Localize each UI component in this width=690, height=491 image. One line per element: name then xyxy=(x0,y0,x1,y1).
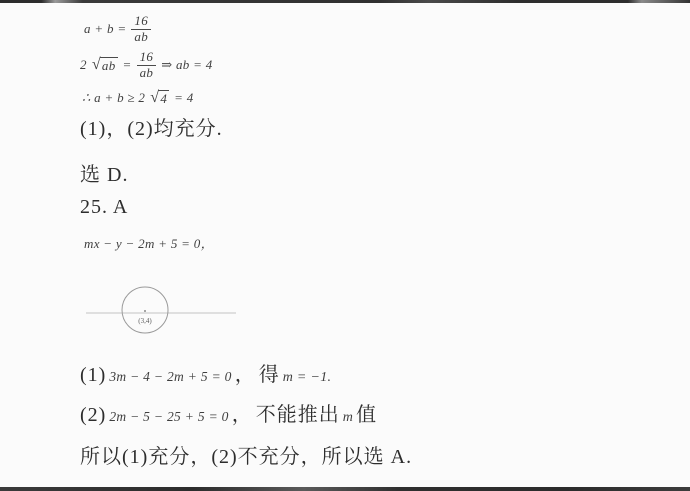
step-2-phrase: 不能推出 xyxy=(256,398,340,427)
square-root: √ 4 xyxy=(150,90,169,107)
scan-edge-top xyxy=(0,0,690,3)
equation-2-sqrt-ab: 2 √ ab = 16 ab ⇒ ab = 4 xyxy=(80,50,213,81)
step-2-variable: m xyxy=(343,410,353,426)
radicand: ab xyxy=(100,57,118,74)
circle-line-diagram: (3,4) xyxy=(86,272,236,352)
problem-25-heading: 25. A xyxy=(80,196,128,219)
step-2-label: (2) xyxy=(80,404,106,427)
step-1-equation: 3m − 4 − 2m + 5 = 0 xyxy=(109,369,231,385)
inequality-lhs: ∴ a + b ≥ 2 xyxy=(82,90,145,106)
diagram-canvas: (3,4) xyxy=(86,272,236,352)
step-2-comma: ， xyxy=(232,398,253,427)
coefficient: 2 xyxy=(80,57,87,73)
fraction-16-over-ab-2: 16 ab xyxy=(137,50,157,81)
fraction-denominator: ab xyxy=(131,29,151,45)
fraction-16-over-ab: 16 ab xyxy=(131,14,151,45)
step-1-label: (1) xyxy=(80,364,106,387)
equation-therefore: ∴ a + b ≥ 2 √ 4 = 4 xyxy=(82,90,194,107)
scanned-answer-page: a + b = 16 ab 2 √ ab = 16 ab ⇒ ab = 4 ∴ … xyxy=(0,0,690,491)
step-1-comma: ， xyxy=(235,358,256,387)
radicand: 4 xyxy=(158,90,169,107)
conclusion-both-sufficient: (1)，(2)均充分. xyxy=(80,112,223,141)
center-label: (3,4) xyxy=(138,317,152,325)
step-1-result: m = −1. xyxy=(283,370,332,386)
step-1-connective: 得 xyxy=(259,358,280,387)
line-equation: mx − y − 2m + 5 = 0， xyxy=(84,233,214,252)
fraction-denominator: ab xyxy=(137,65,157,81)
inequality-rhs: = 4 xyxy=(174,90,193,106)
step-1: (1) 3m − 4 − 2m + 5 = 0 ， 得 m = −1. xyxy=(80,358,331,387)
step-2-equation: 2m − 5 − 25 + 5 = 0 xyxy=(109,409,228,425)
equals-sign: = xyxy=(123,57,132,73)
fraction-numerator: 16 xyxy=(137,50,157,65)
step-2: (2) 2m − 5 − 25 + 5 = 0 ， 不能推出 m 值 xyxy=(80,398,377,427)
scan-edge-bottom xyxy=(0,487,690,491)
equation-lhs: a + b = xyxy=(84,21,126,37)
equation-a-plus-b: a + b = 16 ab xyxy=(84,14,151,45)
square-root: √ ab xyxy=(92,57,118,74)
final-conclusion: 所以(1)充分，(2)不充分，所以选 A. xyxy=(80,440,412,469)
step-2-suffix: 值 xyxy=(356,398,377,427)
answer-choose-d: 选 D. xyxy=(80,158,128,187)
center-point xyxy=(144,310,146,312)
implication: ⇒ ab = 4 xyxy=(161,57,212,73)
fraction-numerator: 16 xyxy=(131,14,151,29)
